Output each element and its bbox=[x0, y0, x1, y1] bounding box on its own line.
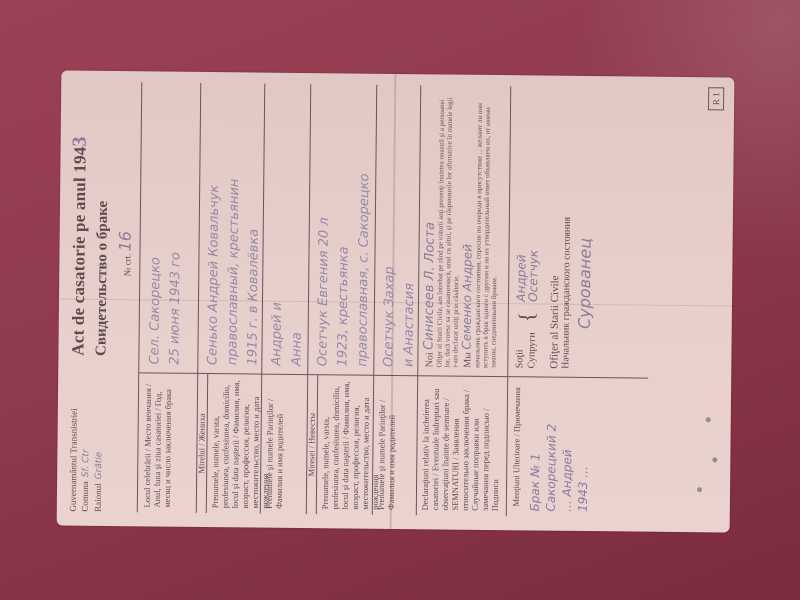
row-value: Андрей и Анна bbox=[261, 84, 310, 374]
value-line: Сакорецкий 2 bbox=[543, 383, 560, 512]
table-row: Declaraţiuni relativ la incheierea casat… bbox=[416, 85, 510, 516]
row-label: Miresei / Невесты Prenumele, numele, var… bbox=[306, 374, 373, 515]
title-year-handwritten: 3 bbox=[69, 136, 91, 146]
document-title: Act de casatorie pe anul 1943 Свидетельс… bbox=[66, 86, 136, 357]
district-label: Raionul bbox=[93, 483, 103, 512]
officer-text-romanian: Ofiţer al Starii Civile, am întrebat pe … bbox=[435, 93, 462, 367]
title-russian: Свидетельство о браке bbox=[93, 86, 113, 356]
my-label: Мы bbox=[462, 352, 473, 368]
spouses-label-ru: Супруги bbox=[526, 332, 538, 368]
handwritten-notes: Брак № 1 Сакорецкий 2 ... Андрей 1943 ..… bbox=[527, 382, 592, 512]
spouse-signature: Осетчук bbox=[527, 250, 540, 302]
commune-value: Sf. Ctr bbox=[81, 449, 91, 477]
number-value: 16 bbox=[116, 231, 135, 252]
officer-signature: Сурованец bbox=[579, 95, 593, 329]
row-label: Declaraţiuni relativ la incheierea casat… bbox=[416, 375, 507, 516]
record-table: Locul celebrării / Место венчания / Anul… bbox=[137, 82, 722, 518]
table-row: Miresei / Невесты Prenumele, numele, var… bbox=[306, 84, 377, 515]
row-value: Сенько Андрей Ковальчук православный, кр… bbox=[197, 83, 264, 374]
row-label: Menţiuni Ulterioare / Примечания Брак № … bbox=[507, 376, 648, 517]
signature-block: Soţii Супруги { Андрей Осетчук Ofiţer al… bbox=[508, 86, 651, 377]
witness-handwritten: Семенко Андрей bbox=[460, 244, 475, 350]
commune-label: Comuna bbox=[80, 481, 90, 512]
spouse-signatures: Андрей Осетчук bbox=[515, 250, 540, 302]
marriage-certificate-document: Guvernamântul Transnistriei ComunaSf. Ct… bbox=[57, 70, 735, 532]
row-label: Prenumele şi numele Parinţilor / Фамилия… bbox=[260, 374, 307, 514]
value-line: ... Андрей bbox=[559, 383, 576, 512]
row-label: Mirelui / Жениха Prenumele, numele, vars… bbox=[196, 373, 261, 514]
title-romanian: Act de casatorie pe anul 194 bbox=[68, 146, 89, 355]
district-value: Grătie bbox=[94, 452, 104, 480]
section-heading: Mirelui / Жениха bbox=[196, 374, 208, 513]
table-row: Menţiuni Ulterioare / Примечания Брак № … bbox=[506, 86, 651, 517]
noi-label: Noi bbox=[424, 352, 435, 367]
label-text: Menţiuni Ulterioare / Примечания bbox=[511, 382, 522, 511]
value-line: Андрей и bbox=[267, 92, 290, 366]
value-line: 25 июня 1943 го bbox=[165, 91, 188, 365]
row-label: Prenumele şi numele Parinţilor / Фамилия… bbox=[372, 375, 417, 515]
table-row: Locul celebrării / Место венчания / Anul… bbox=[138, 82, 201, 513]
brace: { bbox=[515, 312, 539, 323]
spouses-labels: Soţii Супруги bbox=[514, 332, 538, 368]
header-location: Guvernamântul Transnistriei ComunaSf. Ct… bbox=[67, 362, 107, 512]
section-heading: Miresei / Невесты bbox=[306, 375, 318, 514]
row-label: Locul celebrării / Место венчания / Anul… bbox=[138, 372, 197, 513]
table-row: Prenumele şi numele Parinţilor / Фамилия… bbox=[372, 85, 422, 515]
row-value: Осетчук Захар и Анастасия bbox=[373, 85, 420, 375]
officer-title-ru: Начальник гражданского состояния bbox=[560, 95, 575, 369]
certification-block: Noi Синисеев Л. Лоста Ofiţer al Starii C… bbox=[417, 85, 510, 376]
row-value: Осетчук Евгения 20 л 1923, крестьянка пр… bbox=[307, 84, 376, 375]
value-line: 1943 ... bbox=[575, 383, 592, 512]
table-row: Mirelui / Жениха Prenumele, numele, vars… bbox=[196, 83, 265, 514]
value-line: Брак № 1 bbox=[527, 382, 544, 511]
form-code: R 1 bbox=[708, 87, 724, 110]
number-label: № crt. bbox=[122, 254, 132, 277]
officer-text-russian: начальник гражданского состояния, спроси… bbox=[473, 94, 500, 368]
table-row: Prenumele şi numele Parinţilor / Фамилия… bbox=[260, 84, 312, 514]
spouses-label-ro: Soţii bbox=[514, 332, 526, 368]
row-value: Сел. Сакорецко 25 июня 1943 го bbox=[139, 82, 200, 373]
